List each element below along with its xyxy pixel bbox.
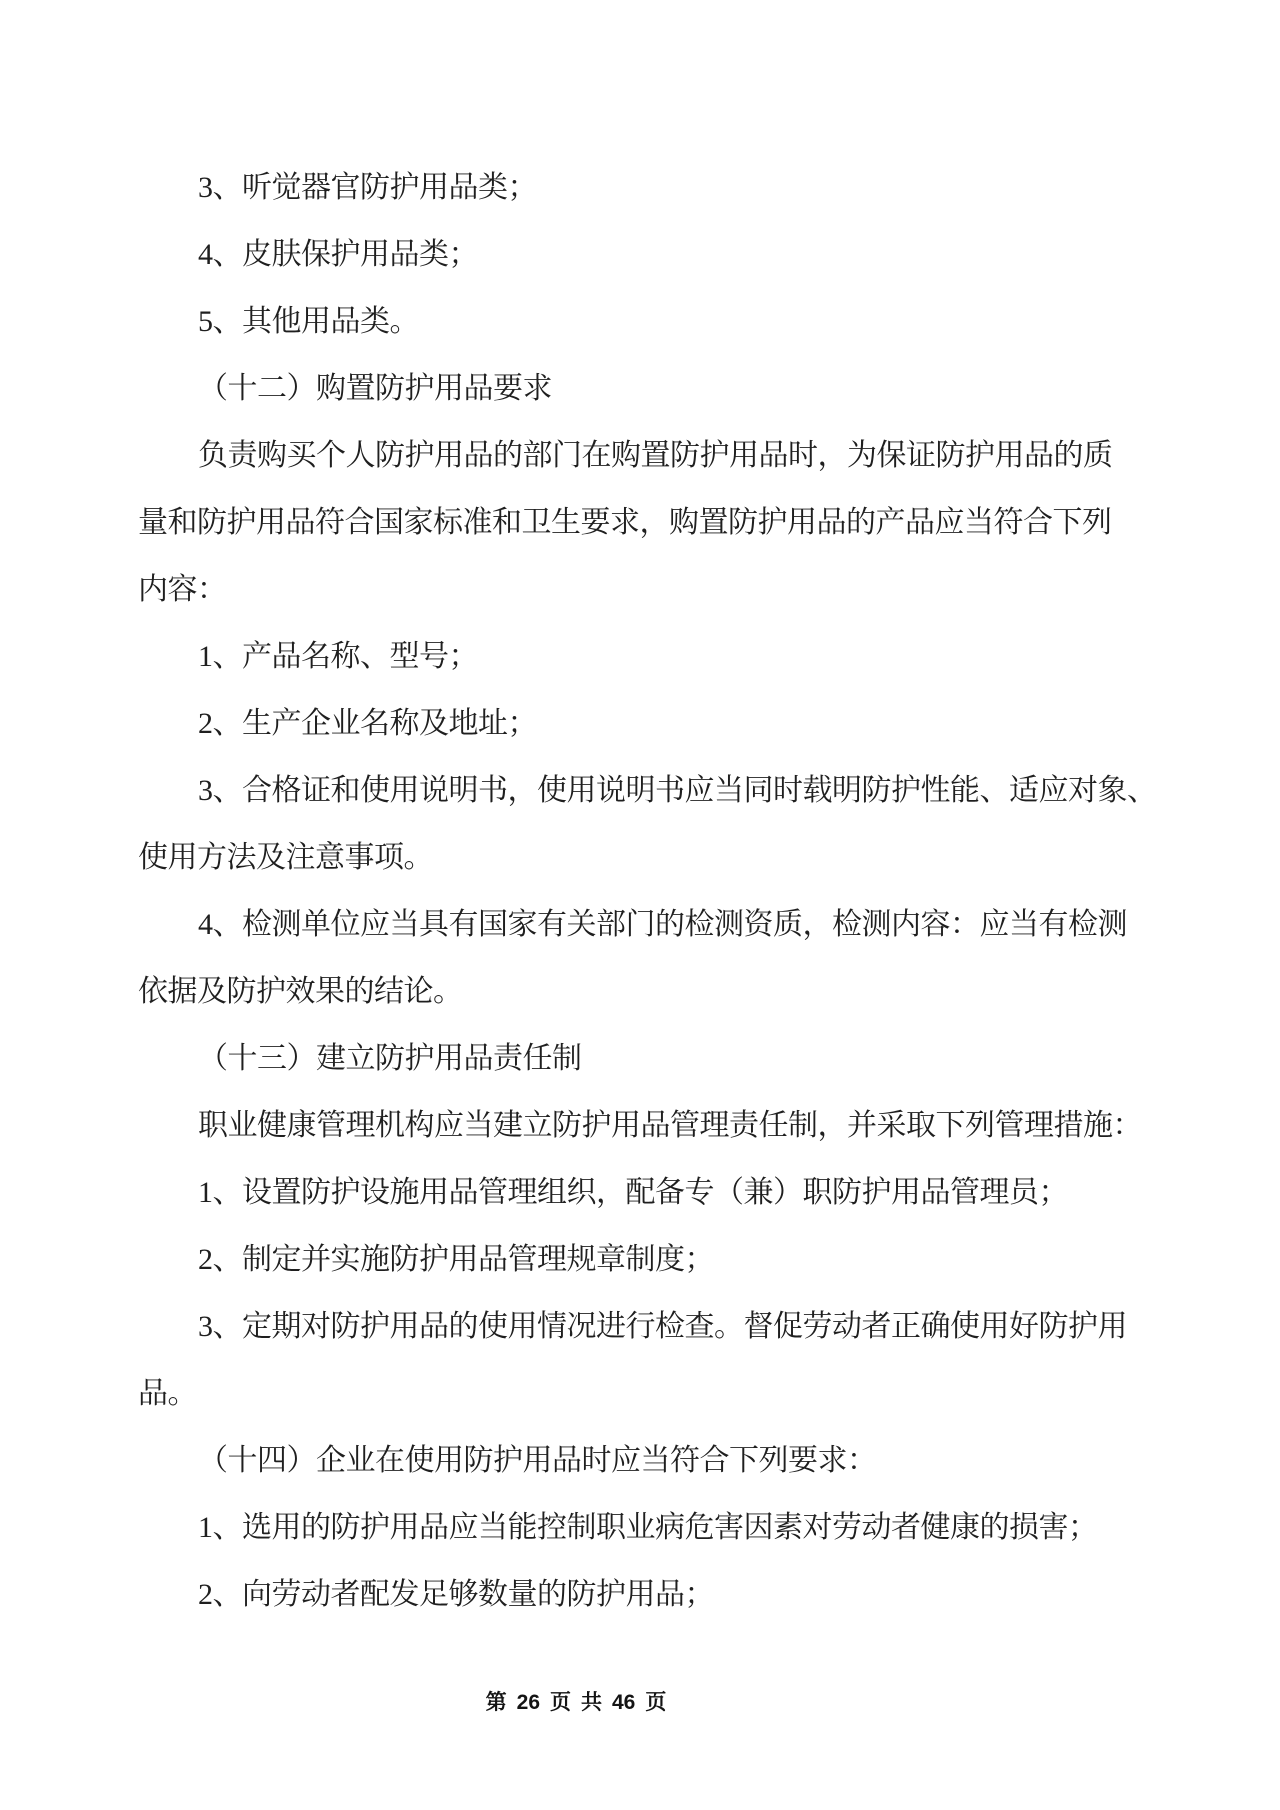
page-footer: 第26页共46页 bbox=[0, 1686, 1152, 1716]
text-line: 4、皮肤保护用品类； bbox=[138, 221, 1142, 288]
document-page: 3、听觉器官防护用品类；4、皮肤保护用品类；5、其他用品类。（十二）购置防护用品… bbox=[0, 0, 1280, 1810]
footer-label-gong: 共 bbox=[581, 1691, 602, 1714]
total-page-count: 46 bbox=[612, 1691, 635, 1714]
text-line: 负责购买个人防护用品的部门在购置防护用品时，为保证防护用品的质 bbox=[138, 422, 1142, 489]
text-line: 职业健康管理机构应当建立防护用品管理责任制，并采取下列管理措施： bbox=[138, 1092, 1142, 1159]
text-line: 3、合格证和使用说明书，使用说明书应当同时载明防护性能、适应对象、 bbox=[138, 757, 1142, 824]
text-line: 量和防护用品符合国家标准和卫生要求，购置防护用品的产品应当符合下列 bbox=[138, 489, 1142, 556]
text-line: 5、其他用品类。 bbox=[138, 288, 1142, 355]
text-line: 2、制定并实施防护用品管理规章制度； bbox=[138, 1226, 1142, 1293]
current-page-number: 26 bbox=[517, 1691, 540, 1714]
text-line: 1、选用的防护用品应当能控制职业病危害因素对劳动者健康的损害； bbox=[138, 1494, 1142, 1561]
text-line: （十二）购置防护用品要求 bbox=[138, 355, 1142, 422]
text-line: 品。 bbox=[138, 1360, 1142, 1427]
text-line: 依据及防护效果的结论。 bbox=[138, 958, 1142, 1025]
text-line: 内容： bbox=[138, 556, 1142, 623]
footer-label-ye-1: 页 bbox=[550, 1691, 571, 1714]
footer-label-ye-2: 页 bbox=[645, 1691, 666, 1714]
text-line: 3、听觉器官防护用品类； bbox=[138, 154, 1142, 221]
footer-label-di: 第 bbox=[486, 1691, 507, 1714]
text-line: 2、生产企业名称及地址； bbox=[138, 690, 1142, 757]
text-line: （十三）建立防护用品责任制 bbox=[138, 1025, 1142, 1092]
text-line: 1、设置防护设施用品管理组织，配备专（兼）职防护用品管理员； bbox=[138, 1159, 1142, 1226]
text-line: 1、产品名称、型号； bbox=[138, 623, 1142, 690]
text-line: 使用方法及注意事项。 bbox=[138, 824, 1142, 891]
text-line: （十四）企业在使用防护用品时应当符合下列要求： bbox=[138, 1427, 1142, 1494]
text-line: 4、检测单位应当具有国家有关部门的检测资质，检测内容：应当有检测 bbox=[138, 891, 1142, 958]
text-line: 2、向劳动者配发足够数量的防护用品； bbox=[138, 1561, 1142, 1628]
document-lines: 3、听觉器官防护用品类；4、皮肤保护用品类；5、其他用品类。（十二）购置防护用品… bbox=[138, 154, 1142, 1628]
text-line: 3、定期对防护用品的使用情况进行检查。督促劳动者正确使用好防护用 bbox=[138, 1293, 1142, 1360]
